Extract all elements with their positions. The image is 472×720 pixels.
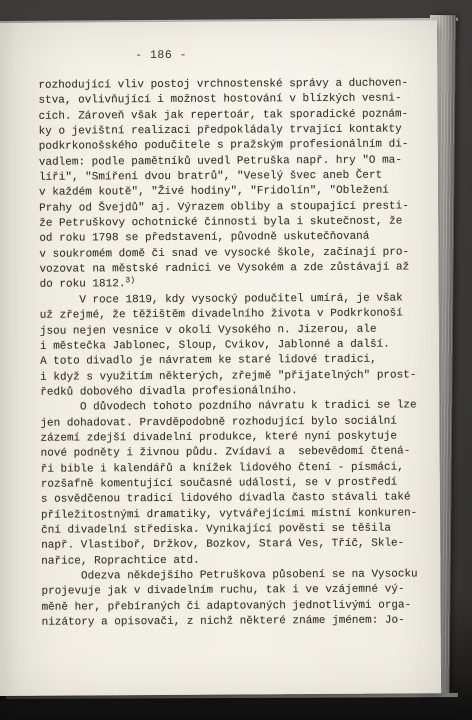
text-line: i městečka Jablonec, Sloup, Cvikov, Jabl… — [40, 337, 439, 355]
text-line: nizátory a opisovači, z nichž některé zn… — [42, 613, 441, 631]
footnote-marker: 3) — [125, 277, 135, 286]
text-line: např. Vlastiboř, Držkov, Bozkov, Stará V… — [41, 537, 440, 555]
text-lines: rozhodující vliv postoj vrchnostenské sp… — [38, 76, 440, 631]
text-line: už zřejmé, že těžištěm divadelního život… — [40, 306, 439, 324]
text-line: vozovat na městské radnici ve Vysokém a … — [39, 260, 438, 278]
text-line: O důvodech tohoto pozdního návratu k tra… — [40, 399, 439, 417]
text-line: i když s využitím některých, zřejmě "při… — [40, 368, 439, 386]
text-line: že Petruškovy ochotnické činnosti byla i… — [39, 214, 438, 232]
page-number: - 186 - — [135, 47, 437, 62]
photo-backdrop: - 186 - rozhodující vliv postoj vrchnost… — [0, 0, 472, 720]
book-page: - 186 - rozhodující vliv postoj vrchnost… — [0, 20, 441, 696]
